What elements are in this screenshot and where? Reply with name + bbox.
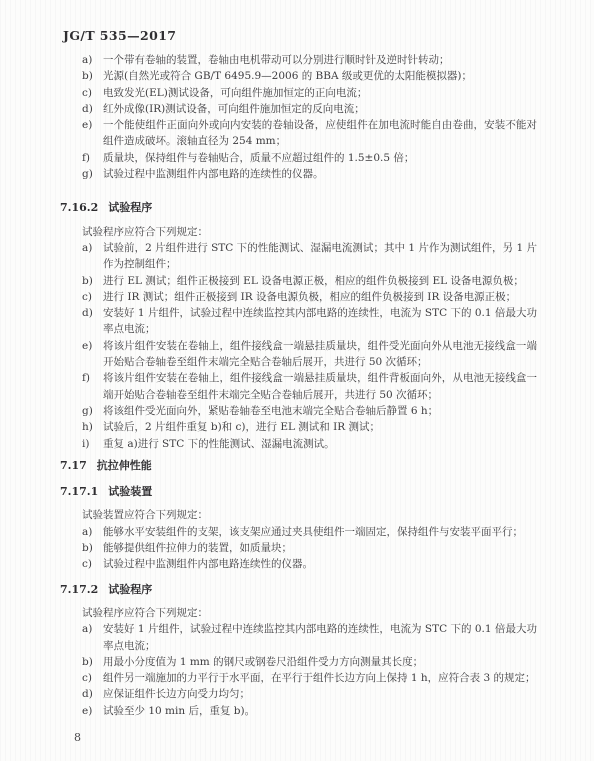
list-item-text: 将该片组件安装在卷轴上，组件接线盒一端悬挂质量块，组件背板面向外，从电池无接线盒… <box>103 370 537 403</box>
section-title: 试验装置 <box>108 485 152 498</box>
list-item-label: b) <box>82 654 103 670</box>
procedure-list-7-16-2: a) 试验前，2 片组件进行 STC 下的性能测试、湿漏电流测试；其中 1 片作… <box>60 240 546 452</box>
list-item-label: a) <box>82 524 103 540</box>
list-item: f) 将该片组件安装在卷轴上，组件接线盒一端悬挂质量块，组件背板面向外，从电池无… <box>60 370 546 403</box>
list-item-label: e) <box>82 703 103 719</box>
list-item-text: 红外成像(IR)测试设备，可向组件施加恒定的反向电流； <box>103 101 537 117</box>
list-item-text: 进行 IR 测试；组件正极接到 IR 设备电源负极，相应的组件负极接到 IR 设… <box>103 289 537 305</box>
list-item-text: 试验至少 10 min 后，重复 b)。 <box>103 703 537 719</box>
list-item: b) 用最小分度值为 1 mm 的钢尺或钢卷尺沿组件受力方向测量其长度； <box>60 654 546 670</box>
list-item: a) 试验前，2 片组件进行 STC 下的性能测试、湿漏电流测试；其中 1 片作… <box>60 240 546 273</box>
section-number: 7.16.2 <box>60 201 98 214</box>
section-heading-7-17-2: 7.17.2试验程序 <box>60 582 546 598</box>
list-item-text: 试验过程中监测组件内部电路连续性的仪器。 <box>103 556 537 572</box>
list-item-label: h) <box>82 419 103 435</box>
list-item: e) 试验至少 10 min 后，重复 b)。 <box>60 703 546 719</box>
list-item: e) 一个能使组件正面向外或向内安装的卷轴设备，应使组件在加电流时能自由卷曲，安… <box>60 117 546 150</box>
list-item: g) 将该组件受光面向外，紧贴卷轴卷至电池末端完全贴合卷轴后静置 6 h； <box>60 403 546 419</box>
list-item-label: b) <box>82 68 103 84</box>
list-item-text: 安装好 1 片组件，试验过程中连续监控其内部电路的连续性，电流为 STC 下的 … <box>103 305 537 338</box>
list-item: a) 能够水平安装组件的支架，该支架应通过夹具使组件一端固定，保持组件与安装平面… <box>60 524 546 540</box>
list-item-label: e) <box>82 338 103 354</box>
list-item-text: 能够水平安装组件的支架，该支架应通过夹具使组件一端固定，保持组件与安装平面平行； <box>103 524 537 540</box>
list-item-text: 将该片组件安装在卷轴上，组件接线盒一端悬挂质量块，组件受光面向外从电池无接线盒一… <box>103 338 537 371</box>
equipment-list: a) 一个带有卷轴的装置，卷轴由电机带动可以分别进行顺时针及逆时针转动； b) … <box>60 52 546 182</box>
section-title: 抗拉伸性能 <box>97 459 152 472</box>
list-item: b) 能够提供组件拉伸力的装置，如质量块； <box>60 540 546 556</box>
section-heading-7-17: 7.17抗拉伸性能 <box>60 458 546 474</box>
list-item: a) 一个带有卷轴的装置，卷轴由电机带动可以分别进行顺时针及逆时针转动； <box>60 52 546 68</box>
list-item: c) 电致发光(EL)测试设备，可向组件施加恒定的正向电流； <box>60 85 546 101</box>
list-item: c) 组件另一端施加的力平行于水平面，在平行于组件长边方向上保持 1 h，应符合… <box>60 670 546 686</box>
section-intro: 试验程序应符合下列规定： <box>82 224 546 240</box>
list-item: a) 安装好 1 片组件，试验过程中连续监控其内部电路的连续性，电流为 STC … <box>60 621 546 654</box>
section-heading-7-16-2: 7.16.2试验程序 <box>60 200 546 216</box>
list-item-text: 能够提供组件拉伸力的装置，如质量块； <box>103 540 537 556</box>
list-item-text: 组件另一端施加的力平行于水平面，在平行于组件长边方向上保持 1 h，应符合表 3… <box>103 670 537 686</box>
list-item-text: 电致发光(EL)测试设备，可向组件施加恒定的正向电流； <box>103 85 537 101</box>
list-item: h) 试验后，2 片组件重复 b)和 c)，进行 EL 测试和 IR 测试； <box>60 419 546 435</box>
list-item-label: g) <box>82 166 103 182</box>
list-item: c) 试验过程中监测组件内部电路连续性的仪器。 <box>60 556 546 572</box>
list-item-text: 一个能使组件正面向外或向内安装的卷轴设备，应使组件在加电流时能自由卷曲，安装不能… <box>103 117 537 150</box>
list-item-label: d) <box>82 305 103 321</box>
section-intro: 试验装置应符合下列规定： <box>82 507 546 523</box>
list-item: d) 应保证组件长边方向受力均匀； <box>60 686 546 702</box>
list-item-label: a) <box>82 52 103 68</box>
list-item: i) 重复 a)进行 STC 下的性能测试、湿漏电流测试。 <box>60 436 546 452</box>
list-item-text: 试验前，2 片组件进行 STC 下的性能测试、湿漏电流测试；其中 1 片作为测试… <box>103 240 537 273</box>
list-item-label: c) <box>82 289 103 305</box>
list-item-label: d) <box>82 101 103 117</box>
list-item-text: 重复 a)进行 STC 下的性能测试、湿漏电流测试。 <box>103 436 537 452</box>
list-item: g) 试验过程中监测组件内部电路的连续性的仪器。 <box>60 166 546 182</box>
document-page: JG/T 535—2017 a) 一个带有卷轴的装置，卷轴由电机带动可以分别进行… <box>0 0 594 761</box>
list-item-label: d) <box>82 686 103 702</box>
section-title: 试验程序 <box>108 583 152 596</box>
list-item-text: 进行 EL 测试；组件正极接到 EL 设备电源正极，相应的组件负极接到 EL 设… <box>103 273 537 289</box>
list-item-label: f) <box>82 370 103 386</box>
list-item-label: c) <box>82 556 103 572</box>
list-item: b) 进行 EL 测试；组件正极接到 EL 设备电源正极，相应的组件负极接到 E… <box>60 273 546 289</box>
list-item-label: a) <box>82 621 103 637</box>
list-item-text: 将该组件受光面向外，紧贴卷轴卷至电池末端完全贴合卷轴后静置 6 h； <box>103 403 537 419</box>
list-item-label: i) <box>82 436 103 452</box>
page-number: 8 <box>74 731 81 745</box>
list-item-label: e) <box>82 117 103 133</box>
list-item: f) 质量块，保持组件与卷轴贴合，质量不应超过组件的 1.5±0.5 倍； <box>60 150 546 166</box>
list-item: e) 将该片组件安装在卷轴上，组件接线盒一端悬挂质量块，组件受光面向外从电池无接… <box>60 338 546 371</box>
list-item-text: 一个带有卷轴的装置，卷轴由电机带动可以分别进行顺时针及逆时针转动； <box>103 52 537 68</box>
section-heading-7-17-1: 7.17.1试验装置 <box>60 484 546 500</box>
list-item: c) 进行 IR 测试；组件正极接到 IR 设备电源负极，相应的组件负极接到 I… <box>60 289 546 305</box>
list-item-text: 安装好 1 片组件，试验过程中连续监控其内部电路的连续性，电流为 STC 下的 … <box>103 621 537 654</box>
apparatus-list-7-17-1: a) 能够水平安装组件的支架，该支架应通过夹具使组件一端固定，保持组件与安装平面… <box>60 524 546 573</box>
standard-code-header: JG/T 535—2017 <box>63 28 546 44</box>
section-number: 7.17 <box>60 459 87 472</box>
section-intro: 试验程序应符合下列规定： <box>82 605 546 621</box>
section-title: 试验程序 <box>108 201 152 214</box>
list-item-label: a) <box>82 240 103 256</box>
list-item: d) 红外成像(IR)测试设备，可向组件施加恒定的反向电流； <box>60 101 546 117</box>
list-item-label: g) <box>82 403 103 419</box>
section-number: 7.17.2 <box>60 583 98 596</box>
list-item-text: 用最小分度值为 1 mm 的钢尺或钢卷尺沿组件受力方向测量其长度； <box>103 654 537 670</box>
list-item-text: 试验过程中监测组件内部电路的连续性的仪器。 <box>103 166 537 182</box>
section-number: 7.17.1 <box>60 485 98 498</box>
list-item-label: c) <box>82 670 103 686</box>
list-item-text: 光源(自然光或符合 GB/T 6495.9—2006 的 BBA 级或更优的太阳… <box>103 68 537 84</box>
page-content: JG/T 535—2017 a) 一个带有卷轴的装置，卷轴由电机带动可以分别进行… <box>0 0 594 719</box>
list-item-label: f) <box>82 150 103 166</box>
procedure-list-7-17-2: a) 安装好 1 片组件，试验过程中连续监控其内部电路的连续性，电流为 STC … <box>60 621 546 719</box>
list-item: d) 安装好 1 片组件，试验过程中连续监控其内部电路的连续性，电流为 STC … <box>60 305 546 338</box>
list-item-text: 应保证组件长边方向受力均匀； <box>103 686 537 702</box>
list-item-label: c) <box>82 85 103 101</box>
list-item-label: b) <box>82 273 103 289</box>
list-item: b) 光源(自然光或符合 GB/T 6495.9—2006 的 BBA 级或更优… <box>60 68 546 84</box>
list-item-text: 质量块，保持组件与卷轴贴合，质量不应超过组件的 1.5±0.5 倍； <box>103 150 537 166</box>
list-item-label: b) <box>82 540 103 556</box>
list-item-text: 试验后，2 片组件重复 b)和 c)，进行 EL 测试和 IR 测试； <box>103 419 537 435</box>
